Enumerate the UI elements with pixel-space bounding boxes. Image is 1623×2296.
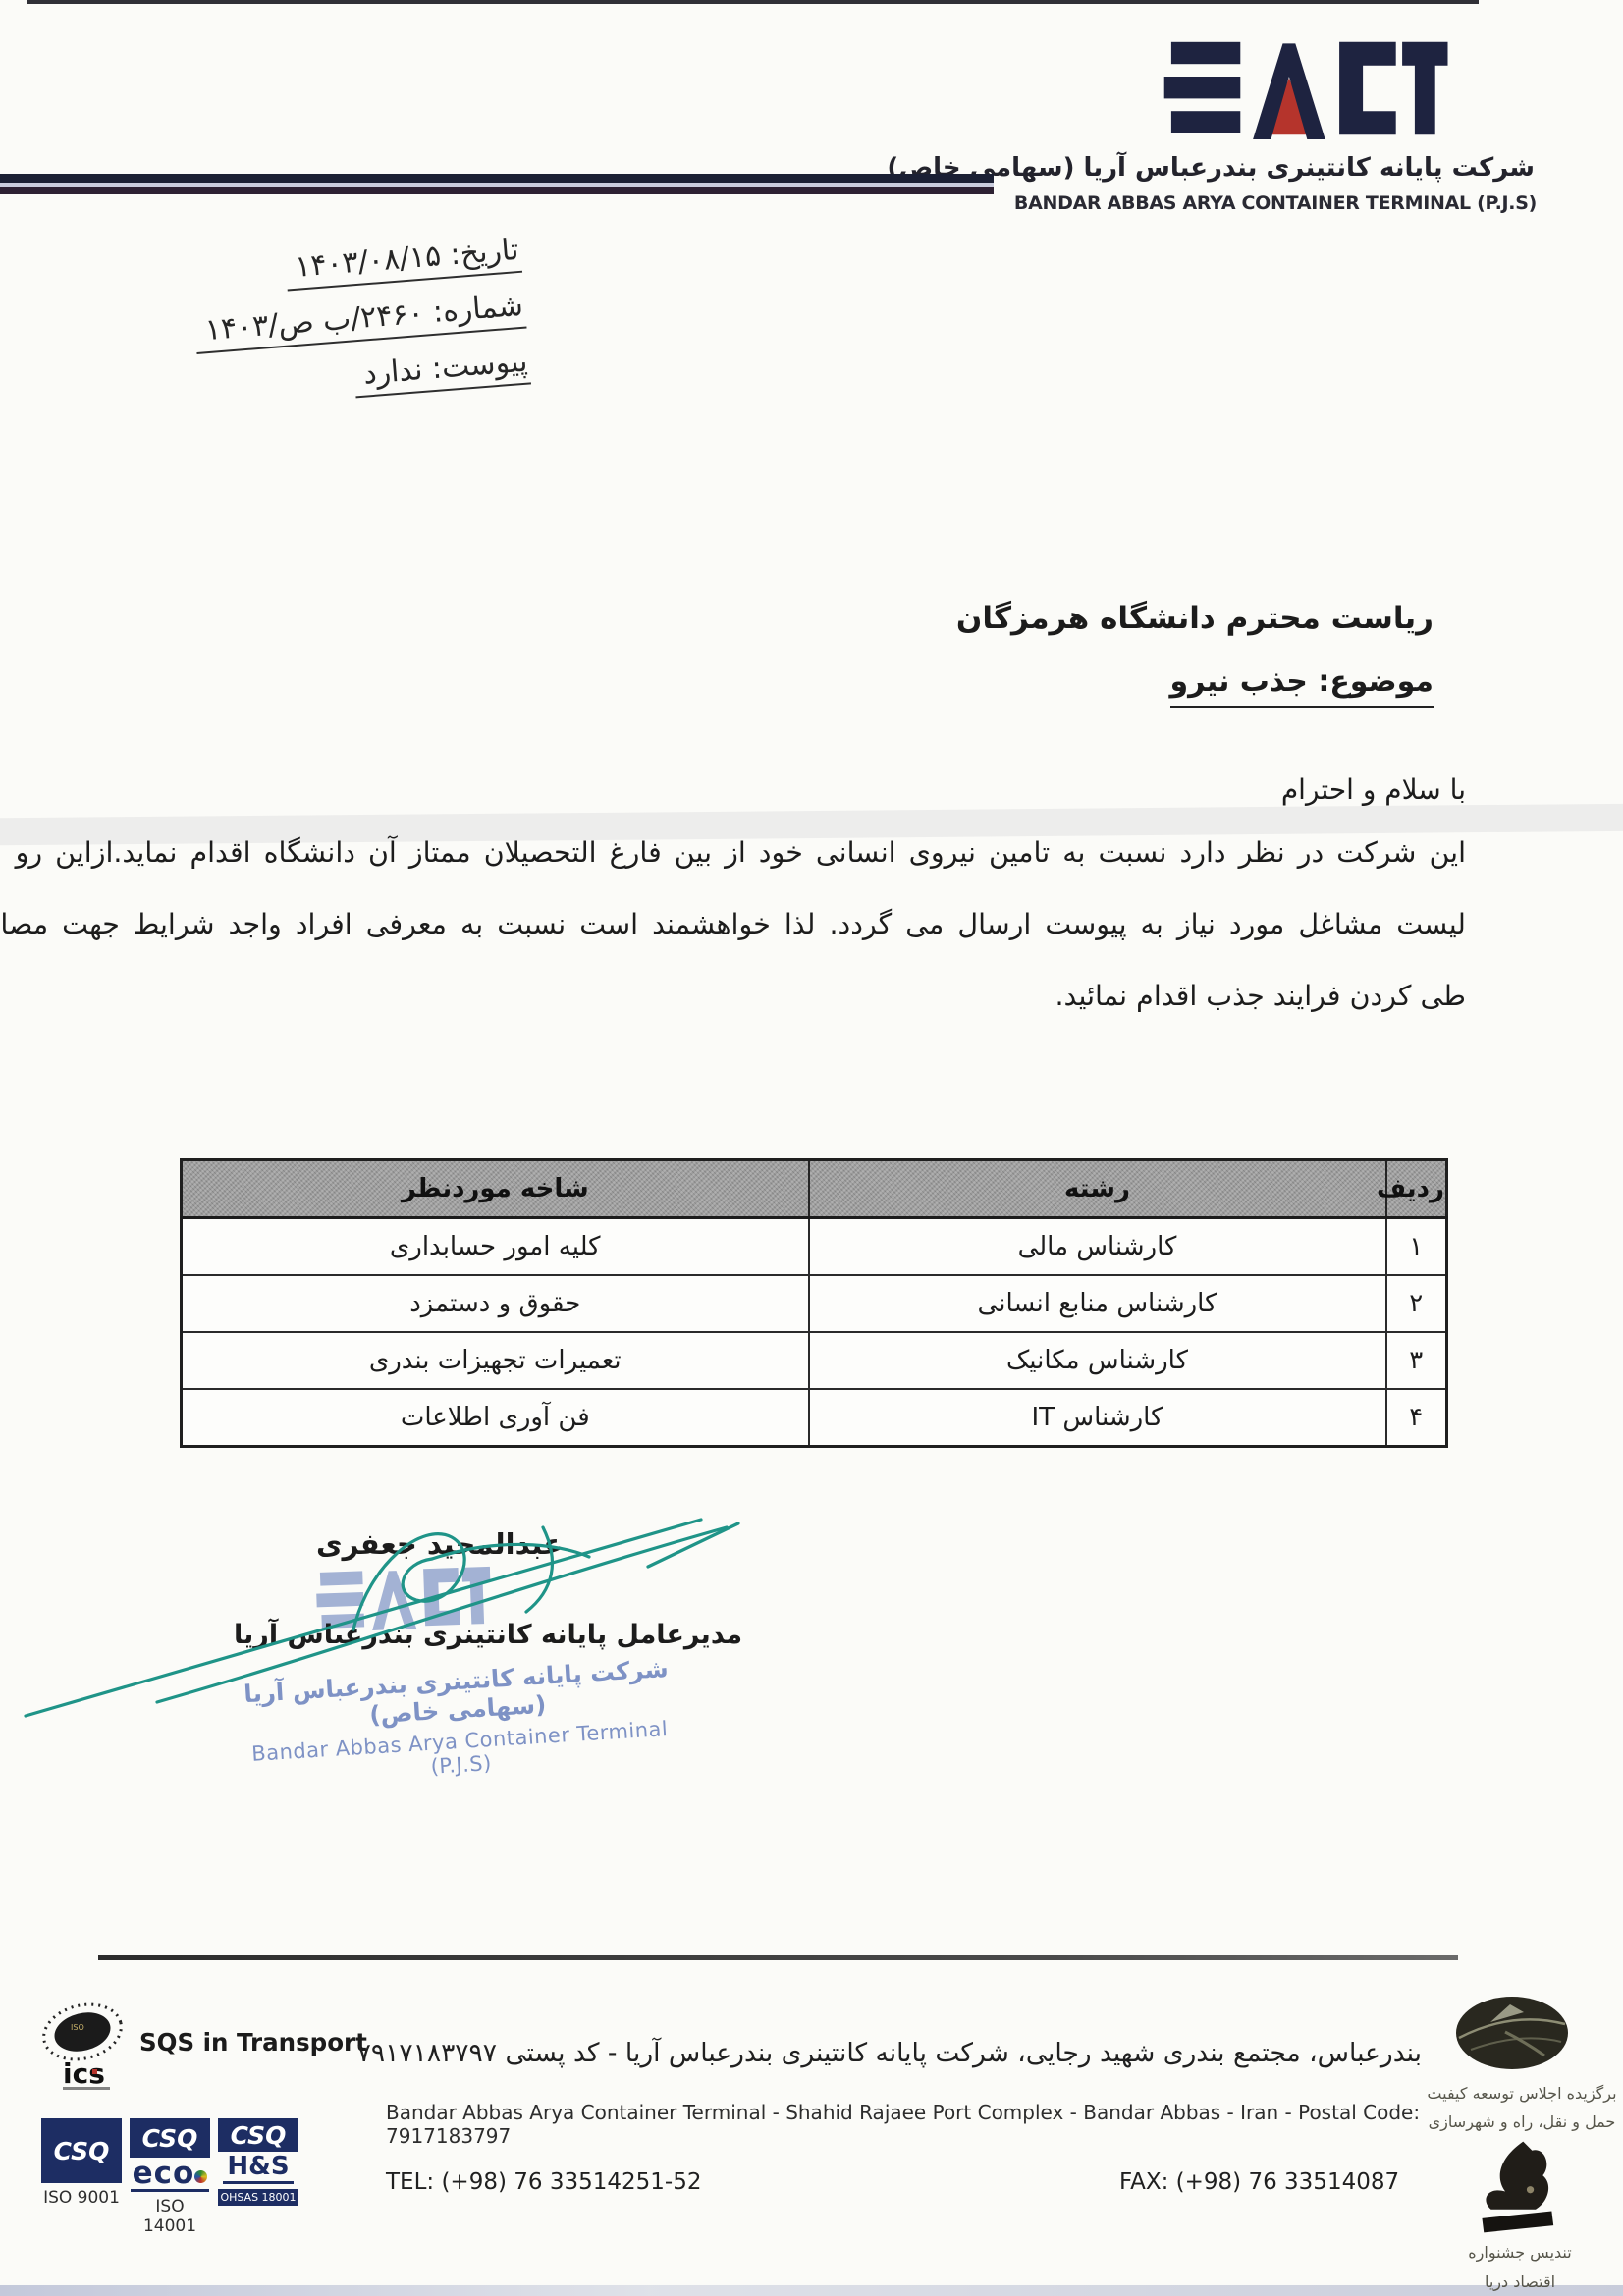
letter-meta-block: تاریخ: ۱۴۰۳/۰۸/۱۵ شماره: ۲۴۶۰/ب ص/۱۴۰۳ پ…: [155, 233, 532, 429]
address-fa: بندرعباس، مجتمع بندری شهید رجایی، شرکت پ…: [357, 2038, 1422, 2068]
csq-eco-iso14001-badge: CSQ eco ISO 14001: [130, 2118, 210, 2236]
eco-color-dot: [194, 2170, 207, 2183]
table-row: ۲ کارشناس منابع انسانی حقوق و دستمزد: [182, 1275, 1447, 1332]
csq-logo: CSQ: [218, 2118, 298, 2152]
cell-major: کارشناس IT: [809, 1389, 1386, 1447]
bact-logo: [1157, 37, 1448, 139]
jobs-table: ردیف رشته شاخه موردنظر ۱ کارشناس مالی کل…: [180, 1158, 1448, 1448]
body-line-2: لیست مشاغل مورد نیاز به پیوست ارسال می گ…: [0, 908, 1466, 940]
cell-major: کارشناس مکانیک: [809, 1332, 1386, 1389]
tel-number: TEL: (+98) 76 33514251-52: [386, 2169, 701, 2195]
table-header-row: ردیف رشته شاخه موردنظر: [182, 1160, 1447, 1218]
subject-line: موضوع: جذب نیرو: [1170, 665, 1434, 708]
award2-line1: تندیس جشنواره: [1441, 2238, 1598, 2268]
footer-divider: [98, 1955, 1458, 1960]
eco-label: eco: [131, 2158, 210, 2192]
hs-label: H&S: [223, 2152, 293, 2184]
company-name-en: BANDAR ABBAS ARYA CONTAINER TERMINAL (P.…: [1014, 192, 1537, 214]
cell-branch: کلیه امور حسابداری: [182, 1218, 809, 1276]
salutation-line: با سلام و احترام: [1281, 774, 1466, 806]
ics-label: ics: [63, 2057, 105, 2090]
cell-branch: حقوق و دستمزد: [182, 1275, 809, 1332]
cell-major: کارشناس منابع انسانی: [809, 1275, 1386, 1332]
cell-major: کارشناس مالی: [809, 1218, 1386, 1276]
fax-number: FAX: (+98) 76 33514087: [1119, 2169, 1399, 2195]
ohsas18001-label: OHSAS 18001: [218, 2189, 298, 2206]
col-header-major: رشته: [809, 1160, 1386, 1218]
cell-row-number: ۳: [1386, 1332, 1447, 1389]
scan-edge-bottom: [0, 2285, 1623, 2296]
csq-logo: CSQ: [130, 2118, 210, 2158]
csq-iso9001-badge: CSQ ISO 9001: [41, 2118, 122, 2208]
handwritten-signature: [8, 1470, 784, 1735]
body-line-3: طی کردن فرایند جذب اقدام نمائید.: [1055, 980, 1466, 1012]
svg-text:ISO: ISO: [71, 2023, 84, 2032]
award2-caption: تندیس جشنواره اقتصاد دریا: [1441, 2238, 1598, 2296]
scan-edge-top: [27, 0, 1479, 4]
address-en: Bandar Abbas Arya Container Terminal - S…: [386, 2101, 1427, 2148]
iso9001-label: ISO 9001: [41, 2188, 122, 2208]
col-header-row-number: ردیف: [1386, 1160, 1447, 1218]
header-rule: [0, 174, 994, 194]
award1-line1: برگزیده اجلاس توسعه کیفیت: [1426, 2079, 1618, 2108]
attachment-label: پیوست:: [430, 345, 528, 387]
award2-line2: اقتصاد دریا: [1441, 2268, 1598, 2296]
csq-logo: CSQ: [41, 2118, 122, 2183]
cell-branch: تعمیرات تجهیزات بندری: [182, 1332, 809, 1389]
cell-row-number: ۴: [1386, 1389, 1447, 1447]
ics-certification-icon: ISO ics: [37, 2001, 135, 2094]
date-line: تاریخ: ۱۴۰۳/۰۸/۱۵: [284, 233, 522, 292]
sea-economy-trophy-icon: [1467, 2138, 1565, 2236]
award1-line2: حمل و نقل، راه و شهرسازی: [1426, 2108, 1618, 2136]
body-line-1: این شرکت در نظر دارد نسبت به تامین نیروی…: [16, 836, 1466, 869]
col-header-branch: شاخه موردنظر: [182, 1160, 809, 1218]
award1-caption: برگزیده اجلاس توسعه کیفیت حمل و نقل، راه…: [1426, 2079, 1618, 2136]
table-row: ۳ کارشناس مکانیک تعمیرات تجهیزات بندری: [182, 1332, 1447, 1389]
quality-summit-emblem-icon: [1451, 1993, 1573, 2073]
attachment-value: ندارد: [362, 352, 424, 392]
iso14001-label: ISO 14001: [130, 2197, 210, 2236]
date-value: ۱۴۰۳/۰۸/۱۵: [294, 239, 442, 285]
number-label: شماره:: [432, 289, 524, 330]
csq-hs-ohsas-badge: CSQ H&S OHSAS 18001: [218, 2118, 298, 2206]
cell-branch: فن آوری اطلاعات: [182, 1389, 809, 1447]
cell-row-number: ۲: [1386, 1275, 1447, 1332]
table-row: ۱ کارشناس مالی کلیه امور حسابداری: [182, 1218, 1447, 1276]
cell-row-number: ۱: [1386, 1218, 1447, 1276]
scanned-letter-page: شرکت پایانه کانتینری بندرعباس آریا (سهام…: [0, 0, 1623, 2296]
sqs-label: SQS in Transport: [139, 2028, 367, 2056]
table-row: ۴ کارشناس IT فن آوری اطلاعات: [182, 1389, 1447, 1447]
recipient-line: ریاست محترم دانشگاه هرمزگان: [956, 601, 1434, 636]
date-label: تاریخ:: [449, 233, 519, 272]
